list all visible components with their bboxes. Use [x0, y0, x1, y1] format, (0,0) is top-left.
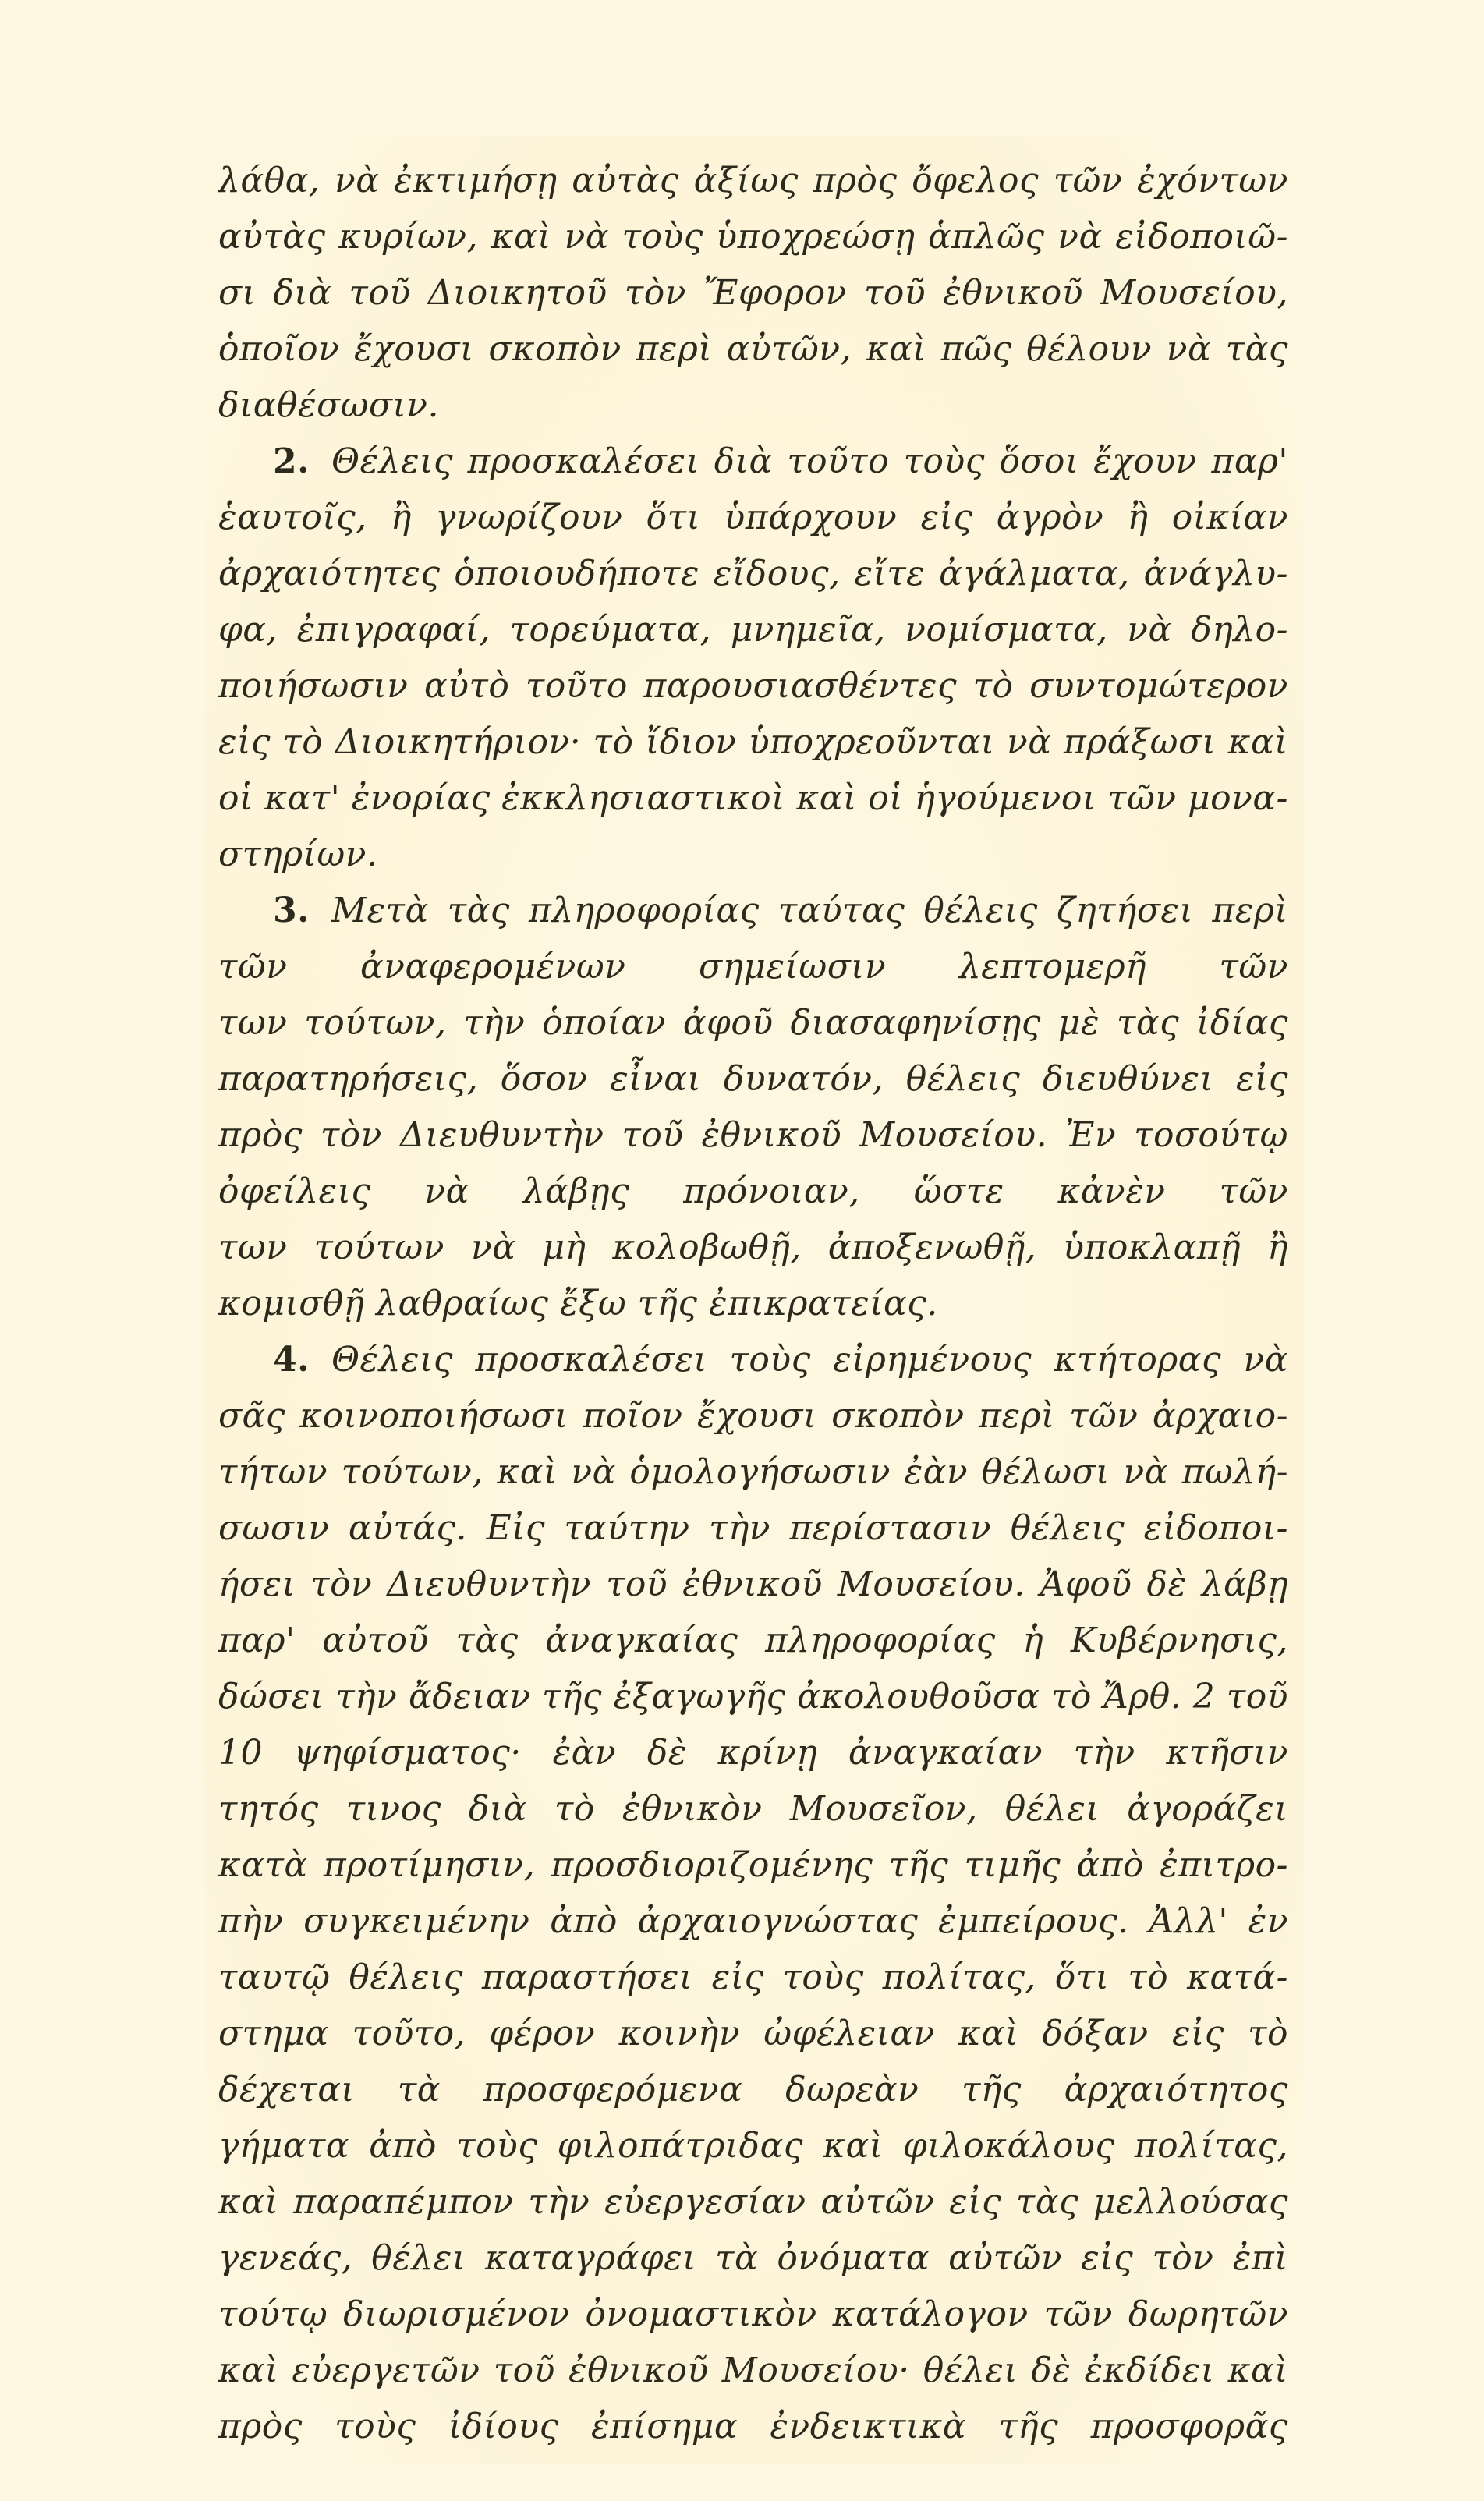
- text-line: οἱ κατ' ἐνορίας ἐκκλησιαστικοὶ καὶ οἱ ἡγ…: [218, 770, 1288, 827]
- text-line: τούτῳ διωρισμένον ὀνομαστικὸν κατάλογον …: [218, 2287, 1288, 2343]
- text-line: στηρίων.: [218, 827, 1288, 883]
- text-line: ὁποῖον ἔχουσι σκοπὸν περὶ αὐτῶν, καὶ πῶς…: [218, 321, 1288, 377]
- text-line: κομισθῇ λαθραίως ἔξω τῆς ἐπικρατείας.: [218, 1276, 1288, 1332]
- text-line: ποιήσωσιν αὐτὸ τοῦτο παρουσιασθέντες τὸ …: [218, 658, 1288, 714]
- text-line: παρατηρήσεις, ὅσον εἶναι δυνατόν, θέλεις…: [218, 1051, 1288, 1107]
- text-line-first: 2.Θέλεις προσκαλέσει διὰ τοῦτο τοὺς ὅσοι…: [218, 434, 1288, 490]
- text-line: ἑαυτοῖς, ἢ γνωρίζουν ὅτι ὑπάρχουν εἰς ἀγ…: [218, 490, 1288, 546]
- text-line: ἀρχαιότητες ὁποιουδήποτε εἴδους, εἴτε ἀγ…: [218, 546, 1288, 602]
- text-line: στημα τοῦτο, φέρον κοινὴν ὠφέλειαν καὶ δ…: [218, 2006, 1288, 2062]
- text-line-first: 4.Θέλεις προσκαλέσει τοὺς εἰρημένους κτή…: [218, 1332, 1288, 1388]
- text-line: λάθα, νὰ ἐκτιμήσῃ αὐτὰς ἀξίως πρὸς ὄφελο…: [218, 153, 1288, 209]
- text-line: δέχεται τὰ προσφερόμενα δωρεὰν τῆς ἀρχαι…: [218, 2062, 1288, 2118]
- text-line-content: Θέλεις προσκαλέσει διὰ τοῦτο τοὺς ὅσοι ἔ…: [331, 441, 1288, 481]
- paragraph-2: 2.Θέλεις προσκαλέσει διὰ τοῦτο τοὺς ὅσοι…: [218, 434, 1288, 883]
- text-line: κατὰ προτίμησιν, προσδιοριζομένης τῆς τι…: [218, 1837, 1288, 1893]
- text-line: παρ' αὐτοῦ τὰς ἀναγκαίας πληροφορίας ἡ Κ…: [218, 1613, 1288, 1669]
- text-line: τήτων τούτων, καὶ νὰ ὁμολογήσωσιν ἐὰν θέ…: [218, 1444, 1288, 1500]
- text-line: ταυτῷ θέλεις παραστήσει εἰς τοὺς πολίτας…: [218, 1950, 1288, 2006]
- text-line: φα, ἐπιγραφαί, τορεύματα, μνημεῖα, νομίσ…: [218, 602, 1288, 658]
- document-body: λάθα, νὰ ἐκτιμήσῃ αὐτὰς ἀξίως πρὸς ὄφελο…: [218, 153, 1288, 2455]
- text-line: ὀφείλεις νὰ λάβῃς πρόνοιαν, ὥστε κἀνὲν τ…: [218, 1164, 1288, 1220]
- text-line: τητός τινος διὰ τὸ ἐθνικὸν Μουσεῖον, θέλ…: [218, 1781, 1288, 1837]
- text-line: εἰς τὸ Διοικητήριον· τὸ ἴδιον ὑποχρεοῦντ…: [218, 714, 1288, 770]
- paragraph-1: λάθα, νὰ ἐκτιμήσῃ αὐτὰς ἀξίως πρὸς ὄφελο…: [218, 153, 1288, 434]
- scanned-page: λάθα, νὰ ἐκτιμήσῃ αὐτὰς ἀξίως πρὸς ὄφελο…: [0, 0, 1484, 2501]
- paragraph-number: 3.: [273, 891, 310, 930]
- text-line: καὶ εὐεργετῶν τοῦ ἐθνικοῦ Μουσείου· θέλε…: [218, 2343, 1288, 2399]
- text-line-content: Θέλεις προσκαλέσει τοὺς εἰρημένους κτήτο…: [331, 1340, 1288, 1380]
- text-line-content: Μετὰ τὰς πληροφορίας ταύτας θέλεις ζητήσ…: [331, 891, 1288, 930]
- text-line: πρὸς τοὺς ἰδίους ἐπίσημα ἐνδεικτικὰ τῆς …: [218, 2399, 1288, 2455]
- paragraph-number: 2.: [273, 441, 310, 481]
- text-line: σᾶς κοινοποιήσωσι ποῖον ἔχουσι σκοπὸν πε…: [218, 1388, 1288, 1444]
- text-line: τῶν ἀναφερομένων σημείωσιν λεπτομερῆ τῶν…: [218, 939, 1288, 995]
- text-line: ήσει τὸν Διευθυντὴν τοῦ ἐθνικοῦ Μουσείου…: [218, 1557, 1288, 1613]
- text-line: των τούτων, τὴν ὁποίαν ἀφοῦ διασαφηνίσῃς…: [218, 995, 1288, 1051]
- text-line: των τούτων νὰ μὴ κολοβωθῇ, ἀποξενωθῇ, ὑπ…: [218, 1220, 1288, 1276]
- text-line: πρὸς τὸν Διευθυντὴν τοῦ ἐθνικοῦ Μουσείου…: [218, 1107, 1288, 1164]
- text-line: πὴν συγκειμένην ἀπὸ ἀρχαιογνώστας ἐμπείρ…: [218, 1893, 1288, 1950]
- text-line: γήματα ἀπὸ τοὺς φιλοπάτριδας καὶ φιλοκάλ…: [218, 2118, 1288, 2174]
- text-line: γενεάς, θέλει καταγράφει τὰ ὀνόματα αὐτῶ…: [218, 2230, 1288, 2287]
- text-line: δώσει τὴν ἄδειαν τῆς ἐξαγωγῆς ἀκολουθοῦσ…: [218, 1669, 1288, 1725]
- text-line: σωσιν αὐτάς. Εἰς ταύτην τὴν περίστασιν θ…: [218, 1500, 1288, 1557]
- paragraph-3: 3.Μετὰ τὰς πληροφορίας ταύτας θέλεις ζητ…: [218, 883, 1288, 1332]
- text-line-first: 3.Μετὰ τὰς πληροφορίας ταύτας θέλεις ζητ…: [218, 883, 1288, 939]
- paragraph-number: 4.: [273, 1340, 310, 1380]
- text-line: διαθέσωσιν.: [218, 377, 1288, 434]
- paragraph-4: 4.Θέλεις προσκαλέσει τοὺς εἰρημένους κτή…: [218, 1332, 1288, 2455]
- text-line: σι διὰ τοῦ Διοικητοῦ τὸν Ἔφορον τοῦ ἐθνι…: [218, 265, 1288, 321]
- text-line: 10 ψηφίσματος· ἐὰν δὲ κρίνῃ ἀναγκαίαν τὴ…: [218, 1725, 1288, 1781]
- text-line: αὐτὰς κυρίων, καὶ νὰ τοὺς ὑποχρεώσῃ ἁπλῶ…: [218, 209, 1288, 265]
- text-line: καὶ παραπέμπον τὴν εὐεργεσίαν αὐτῶν εἰς …: [218, 2174, 1288, 2230]
